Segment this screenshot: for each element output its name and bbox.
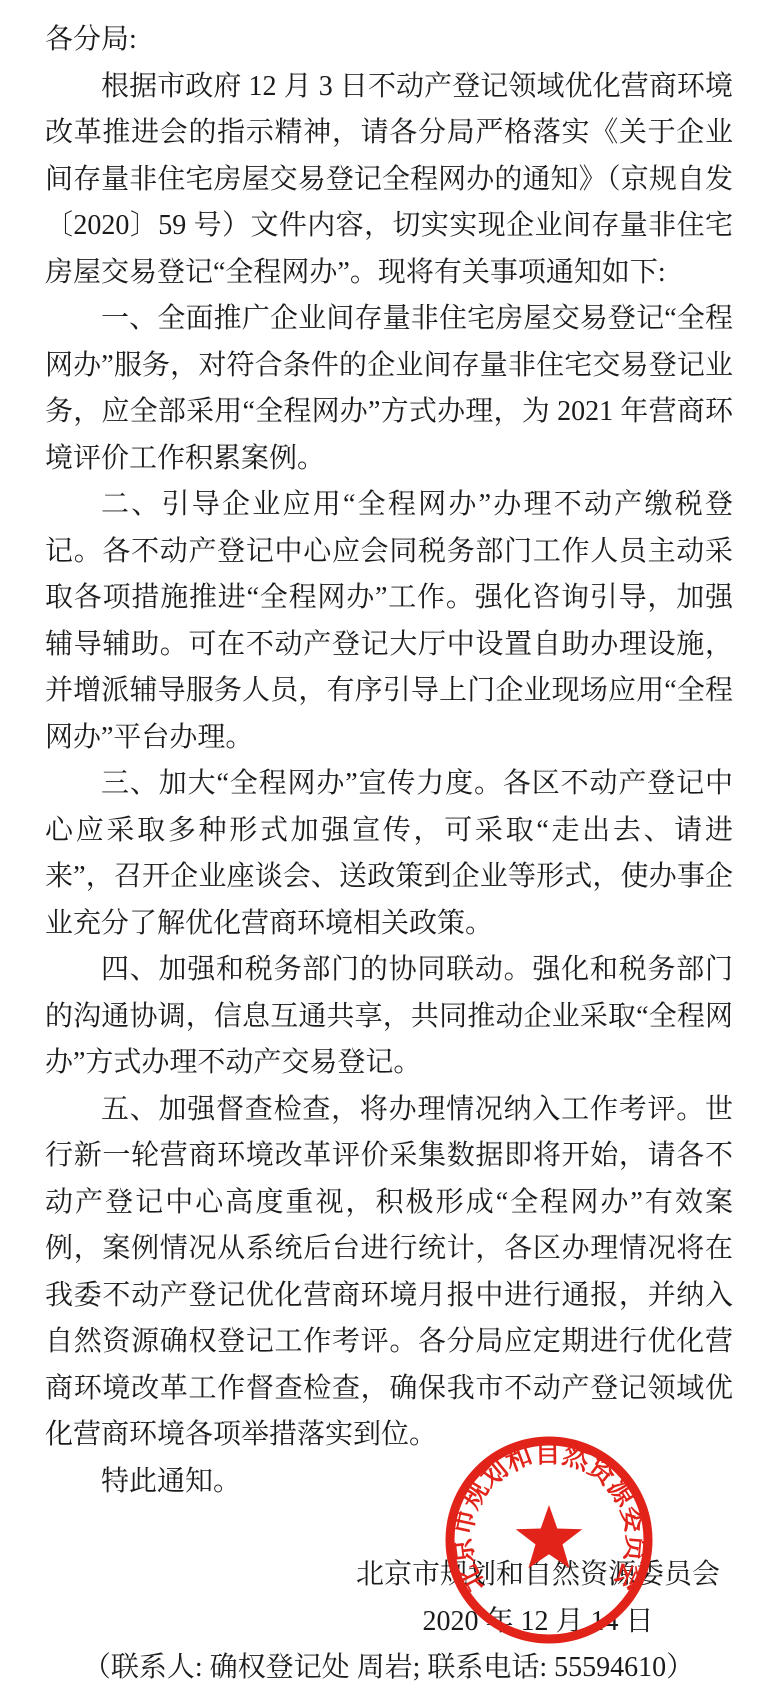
paragraph-intro: 根据市政府 12 月 3 日不动产登记领域优化营商环境改革推进会的指示精神，请各…: [45, 64, 733, 297]
contact-line: （联系人: 确权登记处 周岩; 联系电话: 55594610）: [0, 1645, 777, 1692]
paragraph-item-5: 五、加强督查检查，将办理情况纳入工作考评。世行新一轮营商环境改革评价采集数据即将…: [45, 1087, 733, 1459]
document-page: 各分局: 根据市政府 12 月 3 日不动产登记领域优化营商环境改革推进会的指示…: [0, 0, 777, 1698]
signature-issuer: 北京市规划和自然资源委员会: [356, 1552, 720, 1599]
signature-block: 北京市规划和自然资源委员会 2020 年 12 月 14 日: [356, 1552, 720, 1645]
signature-date: 2020 年 12 月 14 日: [356, 1599, 720, 1646]
paragraph-item-3: 三、加大“全程网办”宣传力度。各区不动产登记中心应采取多种形式加强宣传，可采取“…: [45, 761, 733, 947]
document-body: 各分局: 根据市政府 12 月 3 日不动产登记领域优化营商环境改革推进会的指示…: [45, 17, 733, 1505]
paragraph-item-2: 二、引导企业应用“全程网办”办理不动产缴税登记。各不动产登记中心应会同税务部门工…: [45, 482, 733, 761]
paragraph-item-1: 一、全面推广企业间存量非住宅房屋交易登记“全程网办”服务，对符合条件的企业间存量…: [45, 296, 733, 482]
salutation: 各分局:: [45, 17, 733, 64]
paragraph-closing: 特此通知。: [45, 1459, 733, 1506]
paragraph-item-4: 四、加强和税务部门的协同联动。强化和税务部门的沟通协调，信息互通共享，共同推动企…: [45, 947, 733, 1087]
